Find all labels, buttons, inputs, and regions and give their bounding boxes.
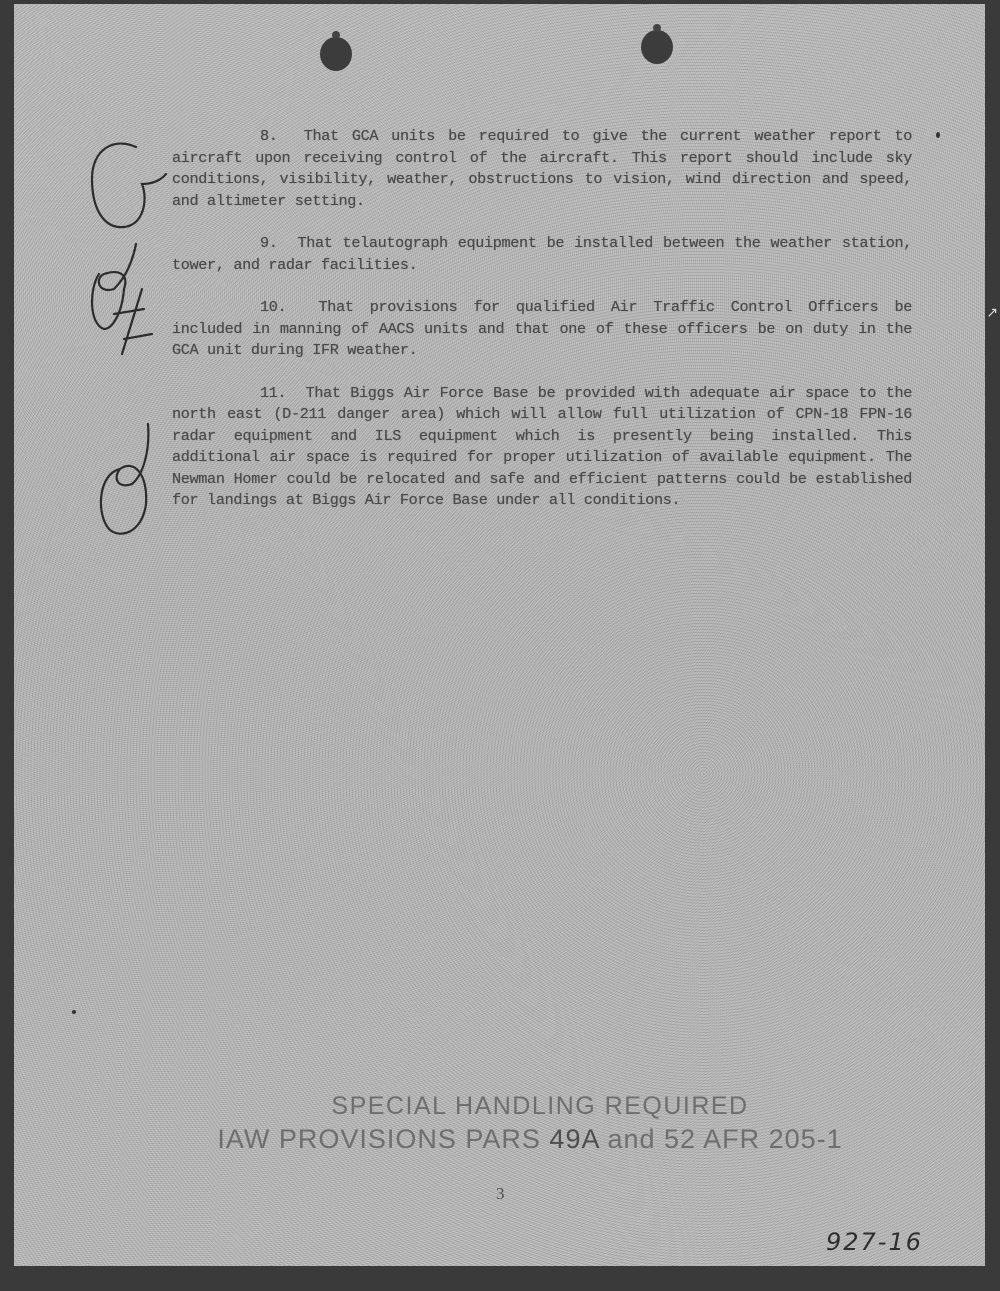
paragraph-8: 8. That GCA units be required to give th… (172, 126, 912, 212)
special-handling-stamp-line1: SPECIAL HANDLING REQUIRED (0, 1092, 1000, 1121)
stamp-suffix: and 52 AFR 205-1 (599, 1124, 843, 1154)
paragraph-text: That Biggs Air Force Base be provided wi… (172, 384, 912, 510)
paragraph-number: 8. (260, 127, 278, 145)
paragraph-text: That GCA units be required to give the c… (172, 127, 912, 210)
paragraph-number: 10. (260, 298, 286, 316)
paragraph-number: 9. (260, 234, 278, 252)
punch-hole-left (320, 37, 352, 71)
ink-speck (72, 1010, 76, 1014)
paragraph-10: 10. That provisions for qualified Air Tr… (172, 297, 912, 362)
scanned-page: 8. That GCA units be required to give th… (14, 4, 985, 1266)
paragraph-number: 11. (260, 384, 286, 402)
document-body: 8. That GCA units be required to give th… (172, 126, 912, 533)
stamp-prefix: IAW PROVISIONS PARS (217, 1124, 549, 1154)
handwritten-initials-icon (84, 129, 174, 549)
paragraph-text: That telautograph equipment be installed… (172, 234, 912, 274)
edge-mark: ↗ (986, 305, 998, 321)
special-handling-stamp-line2: IAW PROVISIONS PARS 49A and 52 AFR 205-1 (0, 1124, 1000, 1155)
punch-hole-right (641, 30, 673, 64)
paragraph-11: 11. That Biggs Air Force Base be provide… (172, 383, 912, 512)
page-number: 3 (496, 1184, 505, 1204)
handwritten-file-number: 927-16 (826, 1228, 923, 1256)
ink-speck (936, 132, 940, 138)
paragraph-9: 9. That telautograph equipment be instal… (172, 233, 912, 276)
stamp-par-number: 49A (549, 1124, 599, 1154)
